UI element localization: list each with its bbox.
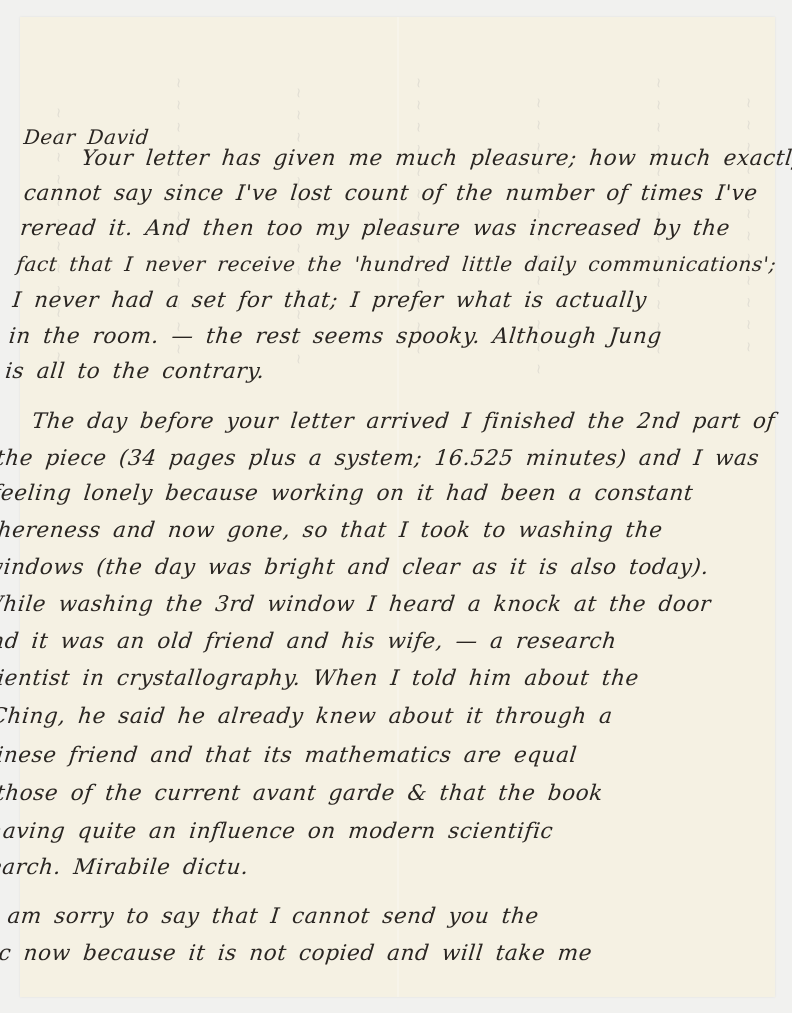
letter-line: The day before your letter arrived I fin… (30, 403, 777, 441)
letter-line: While washing the 3rd window I heard a k… (0, 586, 713, 624)
letter-line: I am sorry to say that I cannot send you… (0, 898, 541, 936)
letter-line: feeling lonely because working on it had… (0, 475, 695, 513)
letter-line: thereness and now gone, so that I took t… (0, 512, 665, 550)
letter-line: cannot say since I've lost count of the … (22, 175, 760, 213)
letter-line: to those of the current avant garde & th… (0, 775, 605, 813)
letter-line: fact that I never receive the 'hundred l… (15, 245, 779, 283)
letter-line: is having quite an influence on modern s… (0, 813, 555, 851)
letter-line: is all to the contrary. (3, 353, 266, 391)
letter-line: reread it. And then too my pleasure was … (18, 210, 732, 248)
letter-line: research. Mirabile dictu. (0, 849, 251, 887)
letter-line: scientist in crystallography. When I tol… (0, 660, 641, 698)
letter-line: in the room. — the rest seems spooky. Al… (7, 318, 664, 356)
letter-line: windows (the day was bright and clear as… (0, 549, 711, 587)
letter-line: Chinese friend and that its mathematics … (0, 737, 579, 775)
bleed-through-text: ~ ~ ~ ~ ~ ~ ~ ~ ~ ~ ~ ~ (740, 97, 756, 356)
letter-line: and it was an old friend and his wife, —… (0, 623, 619, 661)
letter-line: I Ching, he said he already knew about i… (0, 698, 615, 736)
letter-line: Your letter has given me much pleasure; … (80, 140, 792, 178)
letter-line: the piece (34 pages plus a system; 16.52… (0, 440, 761, 478)
letter-line: I never had a set for that; I prefer wha… (11, 282, 649, 320)
letter-line: music now because it is not copied and w… (0, 935, 594, 973)
